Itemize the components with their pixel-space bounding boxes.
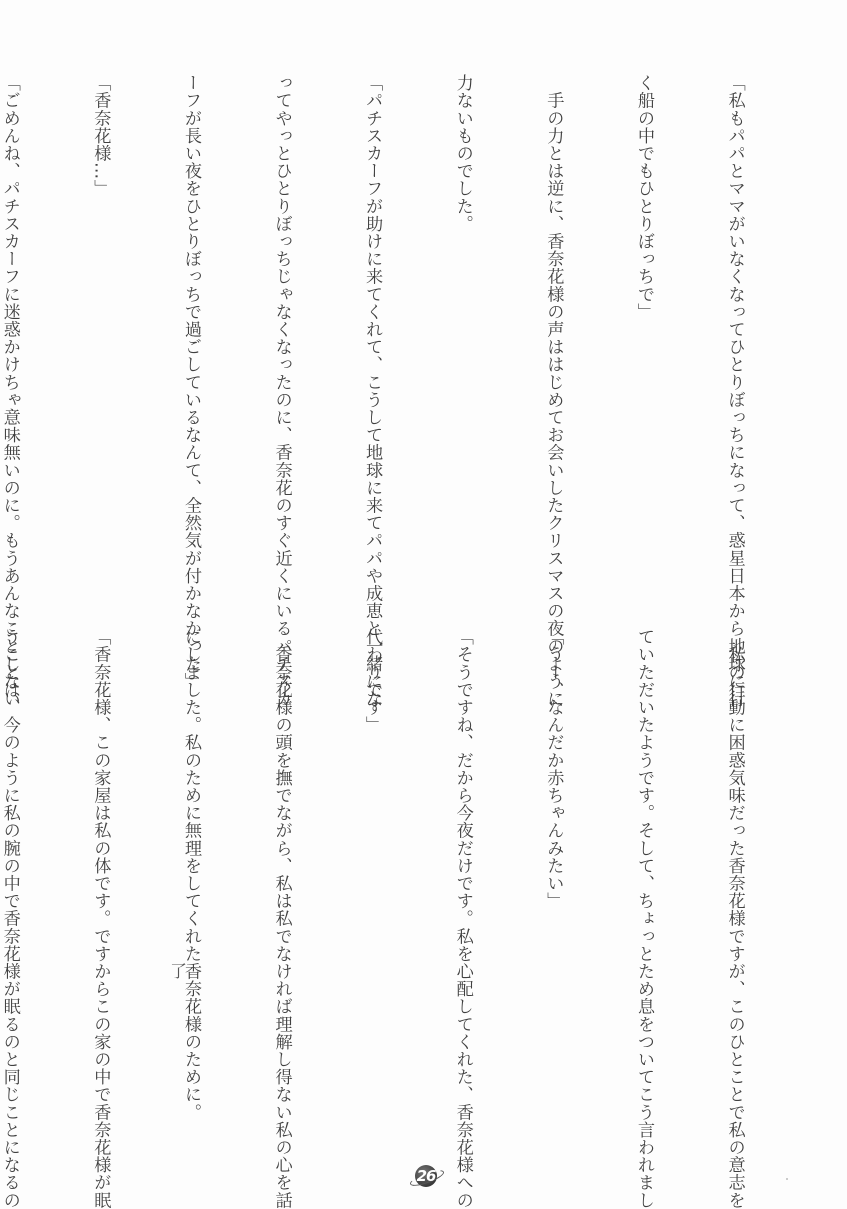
text-block-bottom: 私の行動に困惑気味だった香奈花様ですが、このひとことで私の意志を理解し ていただ… (0, 628, 810, 1098)
text-line: 代わりです」 (357, 628, 387, 1098)
text-line: 「香奈花様、この家屋は私の体です。ですからこの家の中で香奈花様が眠るとい (85, 628, 115, 1098)
text-line: 香奈花様の頭を撫でながら、私は私でなければ理解し得ない私の心を話すこと (266, 628, 296, 1098)
page-number-badge: 26 (411, 1163, 441, 1189)
text-line: 力ないものでした。 (448, 74, 478, 594)
end-mark: 了 (164, 962, 189, 979)
text-line: 「そうですね、だから今夜だけです。私を心配してくれた、香奈花様へのご褒美 (448, 628, 478, 1098)
page-number: 26 (417, 1167, 436, 1185)
text-line: うことは、今のように私の腕の中で香奈花様が眠るのと同じことになるのです。 (0, 628, 25, 1098)
text-line: ーフが長い夜をひとりぼっちで過ごしているなんて、全然気が付かなかった」 (176, 74, 206, 594)
text-block-top: 「私もパパとママがいなくなってひとりぼっちになって、惑星日本から地球に行 く船の… (0, 74, 810, 594)
text-line: ってやっとひとりぼっちじゃなくなったのに、香奈花のすぐ近くにいるパチスカ (266, 74, 296, 594)
text-line: にしました。私のために無理をしてくれた香奈花様のために。 (176, 628, 206, 1098)
text-line: く船の中でもひとりぼっちで」 (629, 74, 659, 594)
text-line: 「私もパパとママがいなくなってひとりぼっちになって、惑星日本から地球に行 (719, 74, 749, 594)
text-line: ていただいたようです。そして、ちょっとため息をついてこう言われました。 (629, 628, 659, 1098)
scan-speck (786, 1178, 788, 1180)
text-line: 「ごめんね、パチスカーフに迷惑かけちゃ意味無いのに。もうあんなことしない (0, 74, 25, 594)
text-line: 「香奈花様…」 (85, 74, 115, 594)
text-line: 「パチスカーフが助けに来てくれて、こうして地球に来てパパや成恵と一緒にな (357, 74, 387, 594)
text-line: 私の行動に困惑気味だった香奈花様ですが、このひとことで私の意志を理解し (719, 628, 749, 1098)
text-line: 手の力とは逆に、香奈花様の声ははじめてお会いしたクリスマスの夜のように (538, 74, 568, 594)
text-line: 「うー、なんだか赤ちゃんみたい」 (538, 628, 568, 1098)
